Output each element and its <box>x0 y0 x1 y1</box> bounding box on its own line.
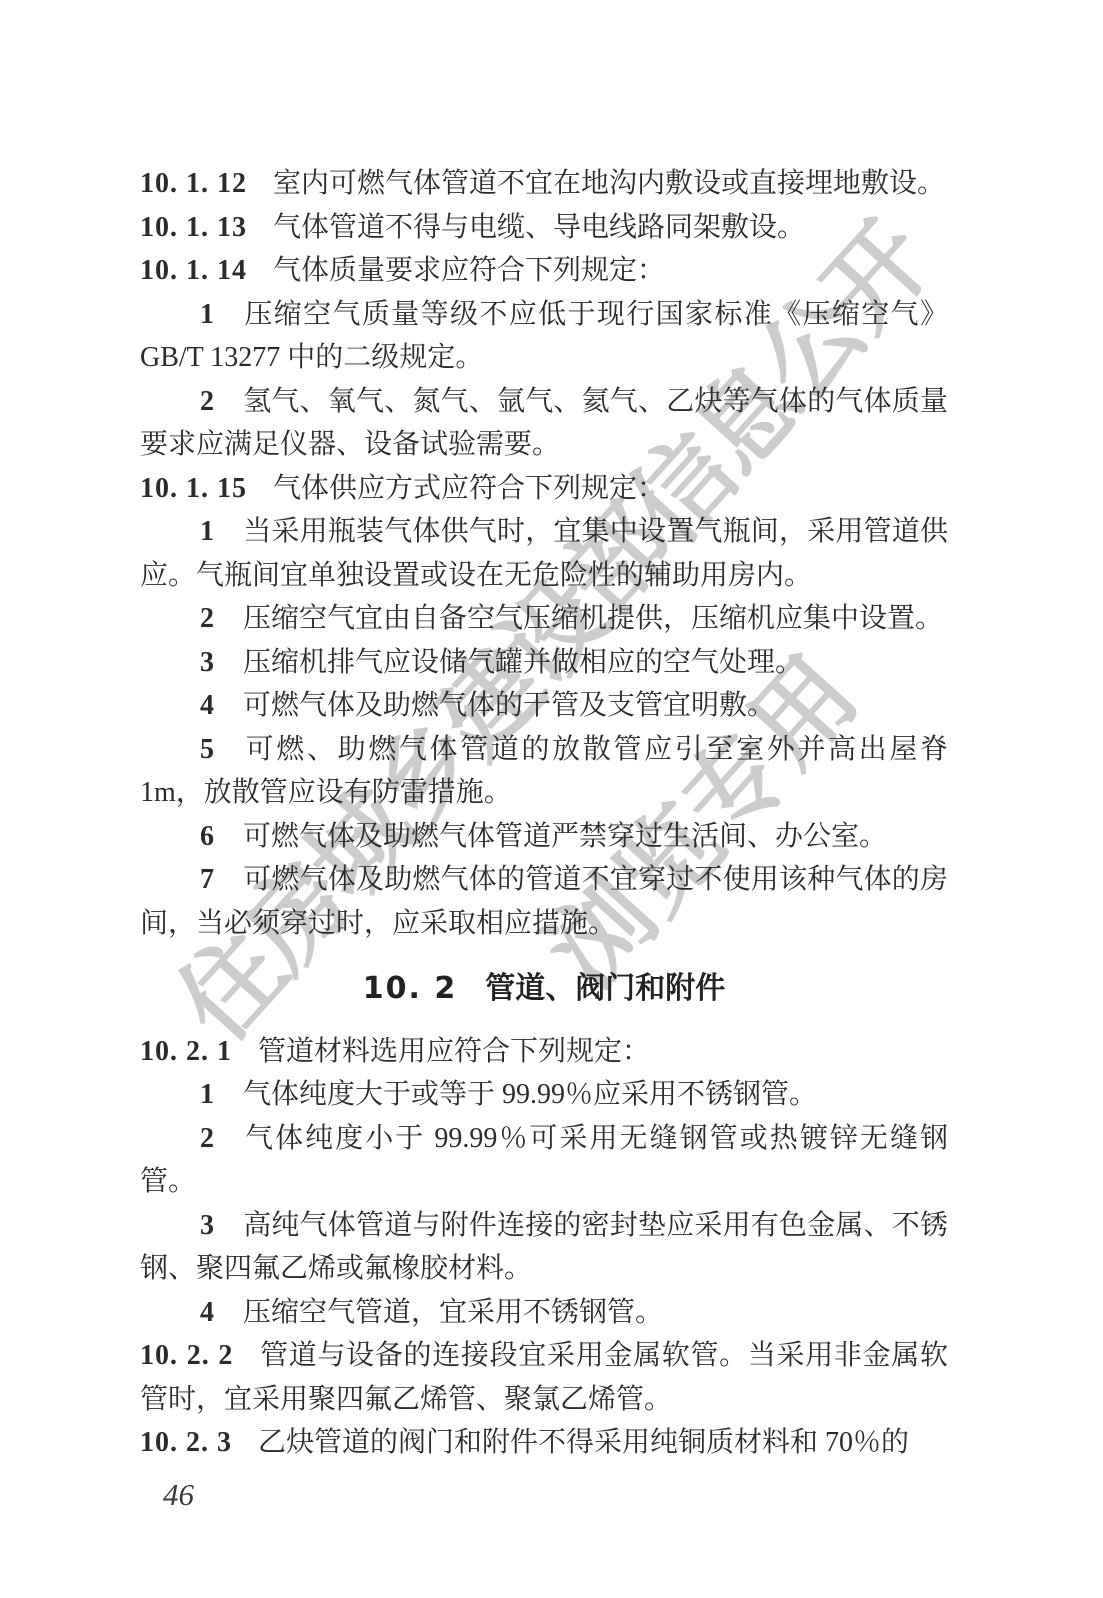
clause-number: 1 <box>200 516 243 547</box>
article-number: 10. 1. 15 <box>140 473 273 504</box>
clause-paragraph: 1气体纯度大于或等于 99.99％应采用不锈钢管。 <box>140 1073 948 1117</box>
article-number: 10. 1. 13 <box>140 212 273 243</box>
paragraph-text: 管道材料选用应符合下列规定： <box>258 1036 650 1067</box>
clause-paragraph: 3高纯气体管道与附件连接的密封垫应采用有色金属、不锈钢、聚四氟乙烯或氟橡胶材料。 <box>140 1204 948 1291</box>
article-paragraph: 10. 2. 3乙炔管道的阀门和附件不得采用纯铜质材料和 70％的 <box>140 1421 948 1465</box>
clause-paragraph: 4压缩空气管道，宜采用不锈钢管。 <box>140 1291 948 1335</box>
paragraph-text: 气体供应方式应符合下列规定： <box>273 473 665 504</box>
clause-number: 1 <box>200 1079 243 1110</box>
paragraph-text: 高纯气体管道与附件连接的密封垫应采用有色金属、不锈钢、聚四氟乙烯或氟橡胶材料。 <box>140 1210 948 1285</box>
article-paragraph: 10. 1. 14气体质量要求应符合下列规定： <box>140 249 948 293</box>
article-number: 10. 2. 3 <box>140 1427 258 1458</box>
paragraph-text: 气体管道不得与电缆、导电线路同架敷设。 <box>273 212 805 243</box>
clause-number: 6 <box>200 821 243 852</box>
clause-number: 2 <box>200 1123 243 1154</box>
paragraph-text: 可燃气体及助燃气体管道严禁穿过生活间、办公室。 <box>243 821 887 852</box>
section-heading: 10. 2管道、阀门和附件 <box>140 967 948 1011</box>
paragraph-text: 乙炔管道的阀门和附件不得采用纯铜质材料和 70％的 <box>258 1427 909 1458</box>
article-paragraph: 10. 1. 12室内可燃气体管道不宜在地沟内敷设或直接埋地敷设。 <box>140 162 948 206</box>
paragraph-text: 气体质量要求应符合下列规定： <box>273 255 665 286</box>
clause-paragraph: 3压缩机排气应设储气罐并做相应的空气处理。 <box>140 641 948 685</box>
clause-number: 4 <box>200 690 243 721</box>
article-paragraph: 10. 1. 15气体供应方式应符合下列规定： <box>140 467 948 511</box>
clause-number: 1 <box>200 299 243 330</box>
page-number: 46 <box>163 1477 194 1513</box>
clause-paragraph: 1当采用瓶装气体供气时，宜集中设置气瓶间，采用管道供应。气瓶间宜单独设置或设在无… <box>140 510 948 597</box>
section-title: 管道、阀门和附件 <box>485 971 725 1006</box>
paragraph-text: 气体纯度大于或等于 99.99％应采用不锈钢管。 <box>243 1079 817 1110</box>
section-number: 10. 2 <box>363 971 457 1006</box>
paragraph-text: 可燃气体及助燃气体的管道不宜穿过不使用该种气体的房间，当必须穿过时，应采取相应措… <box>140 864 948 939</box>
clause-paragraph: 5可燃、助燃气体管道的放散管应引至室外并高出屋脊 1m，放散管应设有防雷措施。 <box>140 728 948 815</box>
clause-paragraph: 7可燃气体及助燃气体的管道不宜穿过不使用该种气体的房间，当必须穿过时，应采取相应… <box>140 858 948 945</box>
clause-number: 3 <box>200 1210 243 1241</box>
clause-number: 7 <box>200 864 243 895</box>
paragraph-text: 可燃、助燃气体管道的放散管应引至室外并高出屋脊 1m，放散管应设有防雷措施。 <box>140 734 948 809</box>
clause-paragraph: 4可燃气体及助燃气体的干管及支管宜明敷。 <box>140 684 948 728</box>
clause-paragraph: 6可燃气体及助燃气体管道严禁穿过生活间、办公室。 <box>140 815 948 859</box>
paragraph-text: 压缩空气质量等级不应低于现行国家标准《压缩空气》GB/T 13277 中的二级规… <box>140 299 948 374</box>
document-page: 住房城乡建设部信息公开 浏览专用 10. 1. 12室内可燃气体管道不宜在地沟内… <box>0 0 1103 1598</box>
article-paragraph: 10. 1. 13气体管道不得与电缆、导电线路同架敷设。 <box>140 206 948 250</box>
article-paragraph: 10. 2. 2管道与设备的连接段宜采用金属软管。当采用非金属软管时，宜采用聚四… <box>140 1334 948 1421</box>
clause-number: 2 <box>200 603 243 634</box>
paragraph-text: 氢气、氧气、氮气、氩气、氦气、乙炔等气体的气体质量要求应满足仪器、设备试验需要。 <box>140 386 948 461</box>
clause-paragraph: 2压缩空气宜由自备空气压缩机提供，压缩机应集中设置。 <box>140 597 948 641</box>
paragraph-text: 管道与设备的连接段宜采用金属软管。当采用非金属软管时，宜采用聚四氟乙烯管、聚氯乙… <box>140 1340 948 1415</box>
clause-paragraph: 2氢气、氧气、氮气、氩气、氦气、乙炔等气体的气体质量要求应满足仪器、设备试验需要… <box>140 380 948 467</box>
article-number: 10. 1. 12 <box>140 168 273 199</box>
clause-paragraph: 1压缩空气质量等级不应低于现行国家标准《压缩空气》GB/T 13277 中的二级… <box>140 293 948 380</box>
clause-number: 5 <box>200 734 243 765</box>
paragraph-text: 可燃气体及助燃气体的干管及支管宜明敷。 <box>243 690 775 721</box>
paragraph-text: 压缩空气管道，宜采用不锈钢管。 <box>243 1297 663 1328</box>
document-content: 10. 1. 12室内可燃气体管道不宜在地沟内敷设或直接埋地敷设。10. 1. … <box>140 162 948 1465</box>
clause-number: 3 <box>200 647 243 678</box>
article-number: 10. 2. 1 <box>140 1036 258 1067</box>
clause-number: 2 <box>200 386 243 417</box>
article-paragraph: 10. 2. 1管道材料选用应符合下列规定： <box>140 1030 948 1074</box>
paragraph-text: 室内可燃气体管道不宜在地沟内敷设或直接埋地敷设。 <box>273 168 945 199</box>
paragraph-text: 压缩空气宜由自备空气压缩机提供，压缩机应集中设置。 <box>243 603 943 634</box>
article-number: 10. 1. 14 <box>140 255 273 286</box>
clause-number: 4 <box>200 1297 243 1328</box>
clause-paragraph: 2气体纯度小于 99.99％可采用无缝钢管或热镀锌无缝钢管。 <box>140 1117 948 1204</box>
article-number: 10. 2. 2 <box>140 1340 259 1371</box>
paragraph-text: 压缩机排气应设储气罐并做相应的空气处理。 <box>243 647 803 678</box>
paragraph-text: 当采用瓶装气体供气时，宜集中设置气瓶间，采用管道供应。气瓶间宜单独设置或设在无危… <box>140 516 948 591</box>
paragraph-text: 气体纯度小于 99.99％可采用无缝钢管或热镀锌无缝钢管。 <box>140 1123 948 1198</box>
